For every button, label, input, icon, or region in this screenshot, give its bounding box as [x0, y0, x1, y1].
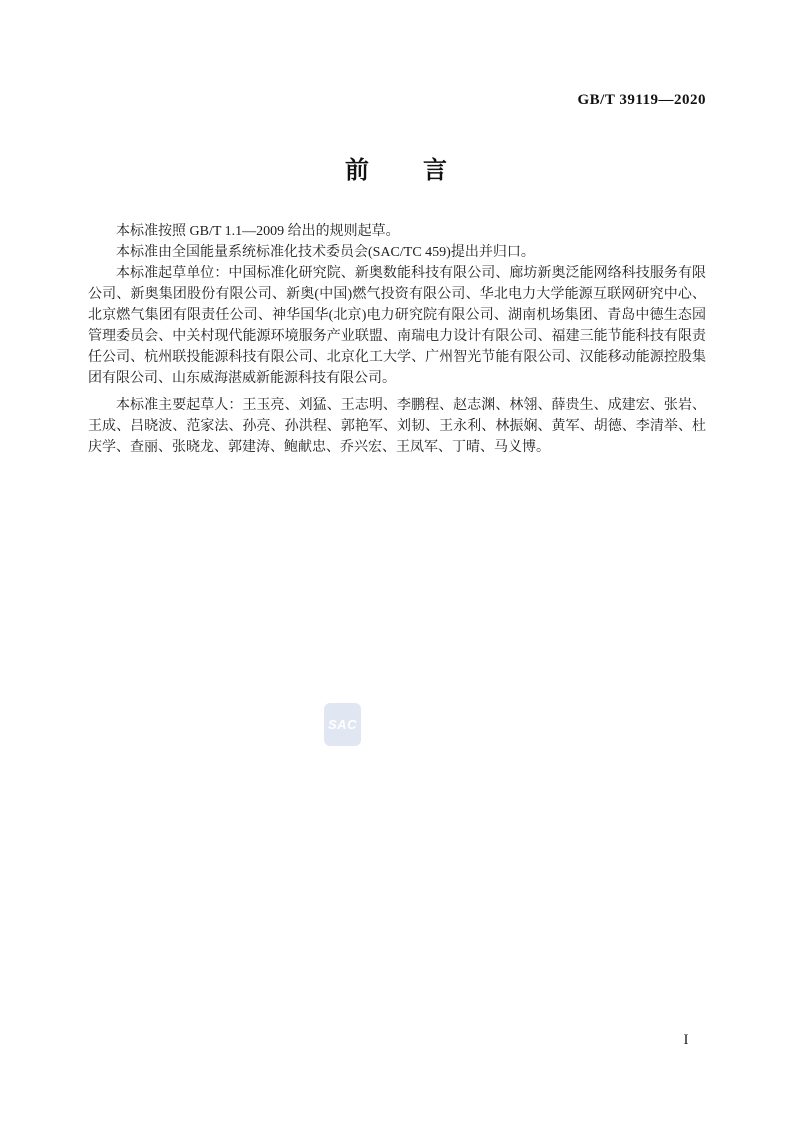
- foreword-paragraph-rules: 本标准按照 GB/T 1.1—2009 给出的规则起草。: [88, 221, 706, 242]
- foreword-body: 本标准按照 GB/T 1.1—2009 给出的规则起草。 本标准由全国能量系统标…: [88, 221, 706, 458]
- page-title: 前 言: [0, 150, 794, 185]
- document-page: GB/T 39119—2020 前 言 本标准按照 GB/T 1.1—2009 …: [0, 0, 794, 1122]
- foreword-paragraph-committee: 本标准由全国能量系统标准化技术委员会(SAC/TC 459)提出并归口。: [88, 242, 706, 263]
- foreword-paragraph-drafting-organizations: 本标准起草单位：中国标准化研究院、新奥数能科技有限公司、廊坊新奥泛能网络科技服务…: [88, 263, 706, 389]
- standard-number: GB/T 39119—2020: [578, 92, 707, 109]
- sac-logo-watermark: SAC: [324, 703, 361, 746]
- page-number: I: [676, 1032, 696, 1049]
- foreword-paragraph-main-drafters: 本标准主要起草人：王玉亮、刘猛、王志明、李鹏程、赵志渊、林翎、薛贵生、成建宏、张…: [88, 395, 706, 458]
